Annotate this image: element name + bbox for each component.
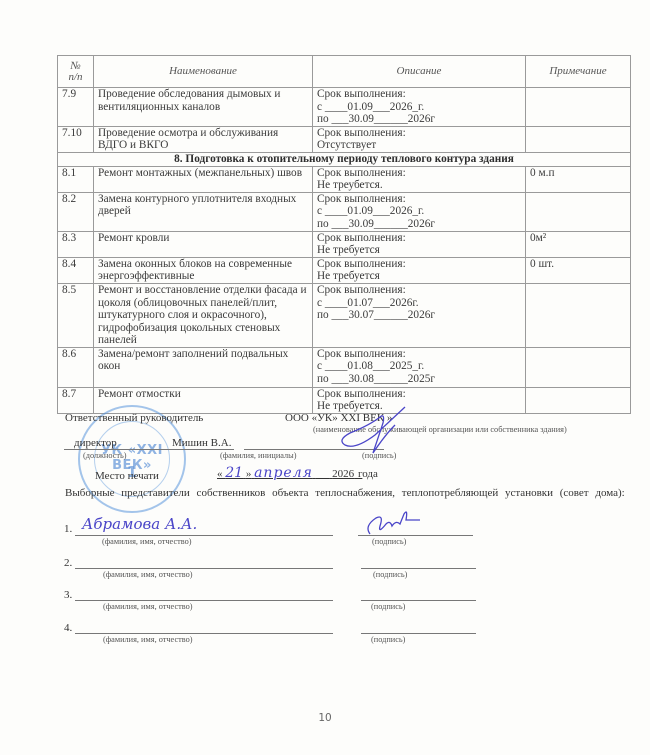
rep-signature-caption: (подпись) — [373, 570, 407, 579]
position-name-line — [64, 449, 234, 450]
row-num: 8.1 — [58, 166, 94, 192]
row-num: 8.2 — [58, 192, 94, 231]
table-row: 8.2 Замена контурного уплотнителя входны… — [58, 192, 631, 231]
rep-num: 1. — [64, 523, 72, 535]
row-note — [526, 347, 631, 387]
rep-name-caption: (фамилия, имя, отчество) — [103, 602, 193, 611]
row-num: 7.9 — [58, 88, 94, 127]
full-name-value: Мишин В.А. — [172, 437, 231, 449]
rep-num: 2. — [64, 557, 72, 569]
row-description: Срок выполнения: с ____01.07___2026г. по… — [313, 283, 526, 347]
section-title: 8. Подготовка к отопительному периоду те… — [58, 152, 631, 166]
row-description: Срок выполнения: с ____01.09___2026_г. п… — [313, 192, 526, 231]
section-header-row: 8. Подготовка к отопительному периоду те… — [58, 152, 631, 166]
rep-name-handwritten: Абрамова А.А. — [82, 515, 197, 533]
position-value: директор — [74, 437, 117, 449]
desc-line: с ____01.07___2026г. — [317, 297, 521, 310]
desc-line: Отсутствует — [317, 139, 521, 152]
rep-num: 4. — [64, 622, 72, 634]
document-page: № п/п Наименование Описание Примечание 7… — [0, 0, 650, 755]
desc-line: Срок выполнения: — [317, 167, 521, 180]
work-plan-table: № п/п Наименование Описание Примечание 7… — [57, 55, 631, 414]
table-row: 8.3 Ремонт кровли Срок выполнения: Не тр… — [58, 231, 631, 257]
rep-name-caption: (фамилия, имя, отчество) — [103, 570, 193, 579]
row-note — [526, 192, 631, 231]
responsible-label: Ответственный руководитель — [65, 412, 203, 424]
desc-line: Не требуется — [317, 244, 521, 257]
row-note — [526, 283, 631, 347]
rep-signature-caption: (подпись) — [371, 635, 405, 644]
desc-line: Срок выполнения: — [317, 127, 521, 140]
date-suffix: года — [358, 468, 378, 480]
row-num: 8.7 — [58, 387, 94, 413]
date-day: 21 — [225, 465, 243, 481]
desc-line: Не треубется. — [317, 179, 521, 192]
table-row: 8.4 Замена оконных блоков на современные… — [58, 257, 631, 283]
rep-name-line — [75, 568, 333, 569]
row-note — [526, 126, 631, 152]
row-description: Срок выполнения: Не треубется. — [313, 166, 526, 192]
row-name: Замена оконных блоков на современные эне… — [94, 257, 313, 283]
desc-line: с ____01.08___2025_г. — [317, 360, 521, 373]
row-note: 0 м.п — [526, 166, 631, 192]
desc-line: Срок выполнения: — [317, 232, 521, 245]
rep-name-line — [75, 535, 333, 536]
row-note — [526, 88, 631, 127]
rep-name-caption: (фамилия, имя, отчество) — [102, 537, 192, 546]
name-caption: (фамилия, инициалы) — [220, 451, 297, 460]
table-row: 8.5 Ремонт и восстановление отделки фаса… — [58, 283, 631, 347]
page-number: 10 — [0, 712, 650, 724]
row-num: 8.6 — [58, 347, 94, 387]
rep-signature-caption: (подпись) — [372, 537, 406, 546]
seal-label: Место печати — [95, 470, 159, 482]
rep-signature-line — [361, 633, 476, 634]
row-name: Проведение обследования дымовых и вентил… — [94, 88, 313, 127]
desc-line: по ___30.07______2026г — [317, 309, 521, 322]
director-signature-icon — [335, 405, 415, 460]
desc-line: Срок выполнения: — [317, 193, 521, 206]
rep-num: 3. — [64, 589, 72, 601]
desc-line: Срок выполнения: — [317, 284, 521, 297]
representatives-intro: Выборные представители собственников объ… — [65, 487, 630, 500]
table-row: 7.10 Проведение осмотра и обслуживания В… — [58, 126, 631, 152]
desc-line: Срок выполнения: — [317, 388, 521, 401]
rep-signature-line — [361, 568, 476, 569]
date-close-quote: » — [246, 468, 252, 480]
rep-name-caption: (фамилия, имя, отчество) — [103, 635, 193, 644]
row-description: Срок выполнения: с ____01.08___2025_г. п… — [313, 347, 526, 387]
row-name: Ремонт и восстановление отделки фасада и… — [94, 283, 313, 347]
table-header-row: № п/п Наименование Описание Примечание — [58, 56, 631, 88]
date-month: апреля — [254, 465, 313, 481]
row-name: Замена контурного уплотнителя входных дв… — [94, 192, 313, 231]
desc-line: с ____01.09___2026_г. — [317, 205, 521, 218]
row-description: Срок выполнения: Не требуется — [313, 231, 526, 257]
desc-line: Срок выполнения: — [317, 88, 521, 101]
num-header-line2: п/п — [68, 71, 82, 83]
desc-line: по ___30.08______2025г — [317, 373, 521, 386]
rep-name-line — [75, 600, 333, 601]
rep-signature-caption: (подпись) — [371, 602, 405, 611]
row-note: 0м² — [526, 231, 631, 257]
row-num: 7.10 — [58, 126, 94, 152]
rep-signature-icon — [360, 506, 430, 538]
row-description: Срок выполнения: с ____01.09___2026_г. п… — [313, 88, 526, 127]
table-row: 8.6 Замена/ремонт заполнений подвальных … — [58, 347, 631, 387]
column-header-description: Описание — [313, 56, 526, 88]
row-note: 0 шт. — [526, 257, 631, 283]
desc-line: Не требуется — [317, 270, 521, 283]
row-name: Проведение осмотра и обслуживания ВДГО и… — [94, 126, 313, 152]
column-header-note: Примечание — [526, 56, 631, 88]
row-num: 8.5 — [58, 283, 94, 347]
table-row: 7.9 Проведение обследования дымовых и ве… — [58, 88, 631, 127]
row-description: Срок выполнения: Отсутствует — [313, 126, 526, 152]
desc-line: с ____01.09___2026_г. — [317, 101, 521, 114]
rep-name-line — [75, 633, 333, 634]
date-field: « 21 » апреля 2026 — [217, 465, 362, 481]
rep-signature-line — [361, 600, 476, 601]
position-caption: (должность) — [83, 451, 127, 460]
desc-line: Срок выполнения: — [317, 258, 521, 271]
desc-line: по ___30.09______2026г — [317, 218, 521, 231]
column-header-num: № п/п — [58, 56, 94, 88]
row-num: 8.4 — [58, 257, 94, 283]
row-description: Срок выполнения: Не требуется — [313, 257, 526, 283]
row-note — [526, 387, 631, 413]
row-name: Ремонт монтажных (межпанельных) швов — [94, 166, 313, 192]
row-name: Замена/ремонт заполнений подвальных окон — [94, 347, 313, 387]
desc-line: Срок выполнения: — [317, 348, 521, 361]
row-name: Ремонт кровли — [94, 231, 313, 257]
column-header-name: Наименование — [94, 56, 313, 88]
date-year: 2026 — [332, 468, 354, 480]
table-row: 8.1 Ремонт монтажных (межпанельных) швов… — [58, 166, 631, 192]
row-num: 8.3 — [58, 231, 94, 257]
desc-line: по ___30.09______2026г — [317, 113, 521, 126]
date-open-quote: « — [217, 468, 223, 480]
